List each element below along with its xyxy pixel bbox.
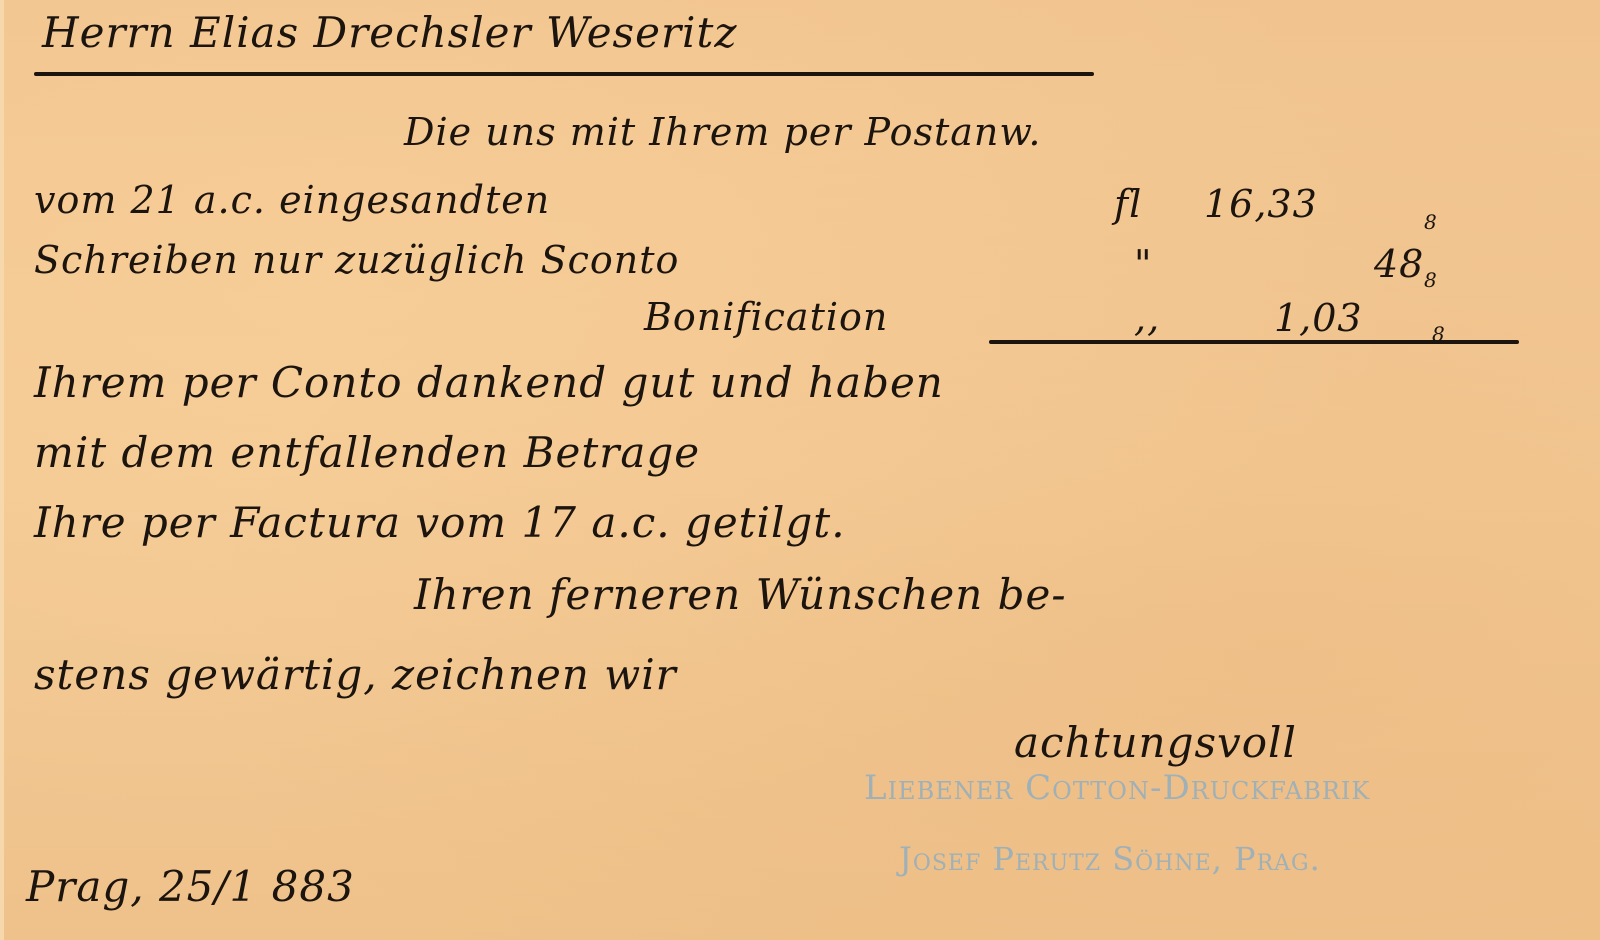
letter-line-5: Ihrem per Conto dankend gut und haben <box>34 358 944 407</box>
place-date: Prag, 25/1 883 <box>26 862 355 911</box>
addressee-underline <box>34 72 1094 76</box>
letter-line-9: stens gewärtig, zeichnen wir <box>34 650 677 699</box>
amount-value-1: 16,33 <box>1204 182 1318 226</box>
letter-line-7: Ihre per Factura vom 17 a.c. getilgt. <box>34 498 846 547</box>
amount-currency-2: " <box>1134 242 1152 286</box>
amount-mark-1: 8 <box>1424 210 1438 234</box>
company-stamp-line-1: Liebener Cotton-Druckfabrik <box>864 768 1370 808</box>
letter-line-1: Die uns mit Ihrem per Postanw. <box>404 110 1041 154</box>
sum-underline <box>989 340 1519 344</box>
letter-line-6: mit dem entfallenden Betrage <box>34 428 700 477</box>
amount-value-3: 1,03 <box>1274 296 1363 340</box>
amount-currency-3: ,, <box>1134 296 1160 340</box>
amount-value-2: 48 <box>1374 242 1424 286</box>
addressee: Herrn Elias Drechsler Weseritz <box>42 8 737 57</box>
letter-line-8: Ihren ferneren Wünschen be- <box>414 570 1067 619</box>
company-stamp-line-2: Josef Perutz Söhne, Prag. <box>899 840 1321 878</box>
letter-line-4: Bonification <box>644 295 888 339</box>
closing-word: achtungsvoll <box>1014 718 1297 767</box>
amount-currency-1: fl <box>1114 182 1142 226</box>
postcard: Herrn Elias Drechsler Weseritz Die uns m… <box>0 0 1600 940</box>
letter-line-3: Schreiben nur zuzüglich Sconto <box>34 238 679 282</box>
letter-line-2: vom 21 a.c. eingesandten <box>34 178 550 222</box>
amount-mark-2: 8 <box>1424 268 1438 292</box>
